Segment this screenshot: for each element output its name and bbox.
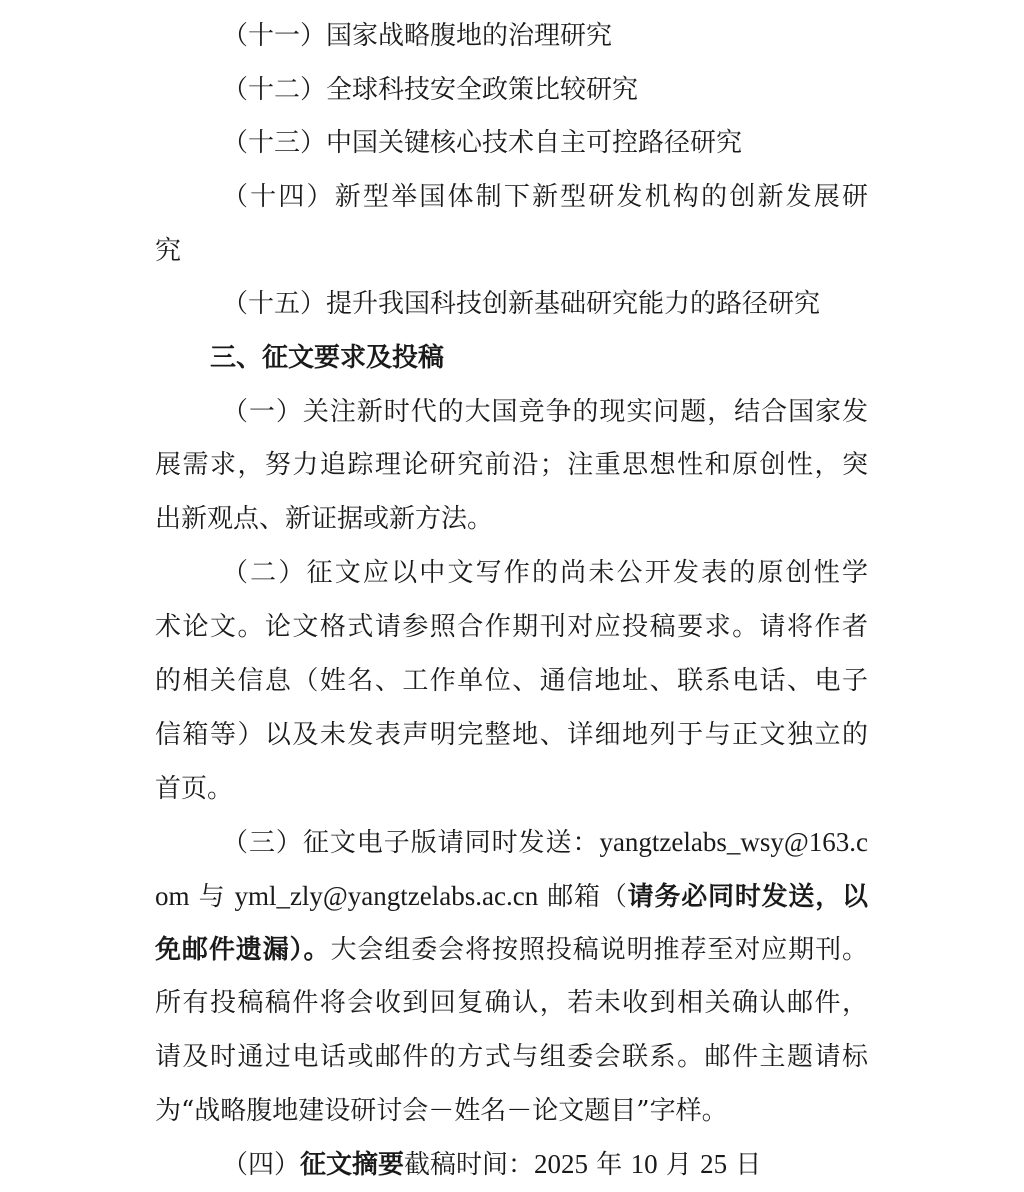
- requirement-2-line-3: 的相关信息（姓名、工作单位、通信地址、联系电话、电子: [155, 654, 868, 708]
- requirement-2-line-5: 首页。: [155, 762, 868, 816]
- topic-text: 新型举国体制下新型研发机构的创新发展研: [335, 182, 868, 212]
- requirement-3-line-5: 请及时通过电话或邮件的方式与组委会联系。邮件主题请标: [155, 1030, 868, 1084]
- bold-note-continued: 免邮件遗漏）。: [155, 935, 330, 965]
- deadline-year: 2025: [534, 1149, 588, 1179]
- email-address-2[interactable]: yml_zly@yangtzelabs.ac.cn: [234, 881, 538, 911]
- topic-14: （十四）新型举国体制下新型研发机构的创新发展研: [222, 170, 868, 224]
- requirement-3-prefix: （三）征文电子版请同时发送：: [222, 828, 599, 858]
- topic-13: （十三）中国关键核心技术自主可控路径研究: [222, 116, 868, 170]
- topic-14-continued: 究: [155, 224, 868, 278]
- bold-note: 请务必同时发送，以: [628, 882, 868, 912]
- deadline-label: 截稿时间：: [404, 1150, 534, 1180]
- requirement-3-line-2: om 与 yml_zly@yangtzelabs.ac.cn 邮箱（请务必同时发…: [155, 869, 868, 923]
- topic-15: （十五）提升我国科技创新基础研究能力的路径研究: [222, 277, 868, 331]
- requirement-3-line-3: 免邮件遗漏）。大会组委会将按照投稿说明推荐至对应期刊。: [155, 923, 868, 977]
- topic-number: （十二）: [222, 75, 326, 105]
- deadline-day: 25: [700, 1149, 727, 1179]
- section-heading: 三、征文要求及投稿: [210, 331, 923, 385]
- requirement-4: （四）征文摘要截稿时间：2025 年 10 月 25 日: [222, 1137, 868, 1191]
- requirement-2-line-4: 信箱等）以及未发表声明完整地、详细地列于与正文独立的: [155, 708, 868, 762]
- abstract-label: 征文摘要: [300, 1150, 404, 1180]
- email-address-1[interactable]: yangtzelabs_wsy@163.c: [599, 827, 868, 857]
- requirement-4-number: （四）: [222, 1150, 300, 1180]
- mailbox-label: 邮箱（: [538, 882, 627, 912]
- topic-text: 全球科技安全政策比较研究: [326, 75, 638, 105]
- requirement-3-line-1: （三）征文电子版请同时发送：yangtzelabs_wsy@163.c: [222, 815, 868, 869]
- month-unit: 月: [658, 1150, 701, 1180]
- requirement-1-line-1: （一）关注新时代的大国竞争的现实问题，结合国家发: [222, 385, 868, 439]
- topic-number: （十一）: [222, 21, 326, 51]
- topic-number: （十五）: [222, 289, 326, 319]
- topic-number: （十四）: [222, 182, 335, 212]
- requirement-1-line-2: 展需求，努力追踪理论研究前沿；注重思想性和原创性，突: [155, 438, 868, 492]
- topic-text: 提升我国科技创新基础研究能力的路径研究: [326, 289, 820, 319]
- topic-number: （十三）: [222, 128, 326, 158]
- requirement-3-line-4: 所有投稿稿件将会收到回复确认，若未收到相关确认邮件，: [155, 976, 868, 1030]
- conjunction: 与: [190, 882, 235, 912]
- deadline-month: 10: [631, 1149, 658, 1179]
- email-address-1-continued[interactable]: om: [155, 881, 190, 911]
- requirement-3-line-6: 为“战略腹地建设研讨会－姓名－论文题目”字样。: [155, 1084, 868, 1138]
- year-unit: 年: [588, 1150, 631, 1180]
- requirement-3-text: 大会组委会将按照投稿说明推荐至对应期刊。: [330, 935, 868, 965]
- requirement-2-line-2: 术论文。论文格式请参照合作期刊对应投稿要求。请将作者: [155, 600, 868, 654]
- topic-text: 究: [155, 236, 181, 266]
- requirement-2-line-1: （二）征文应以中文写作的尚未公开发表的原创性学: [222, 546, 868, 600]
- topic-11: （十一）国家战略腹地的治理研究: [222, 9, 868, 63]
- day-unit: 日: [727, 1150, 761, 1180]
- topic-text: 中国关键核心技术自主可控路径研究: [326, 128, 742, 158]
- requirement-1-line-3: 出新观点、新证据或新方法。: [155, 492, 868, 546]
- topic-text: 国家战略腹地的治理研究: [326, 21, 612, 51]
- topic-12: （十二）全球科技安全政策比较研究: [222, 63, 868, 117]
